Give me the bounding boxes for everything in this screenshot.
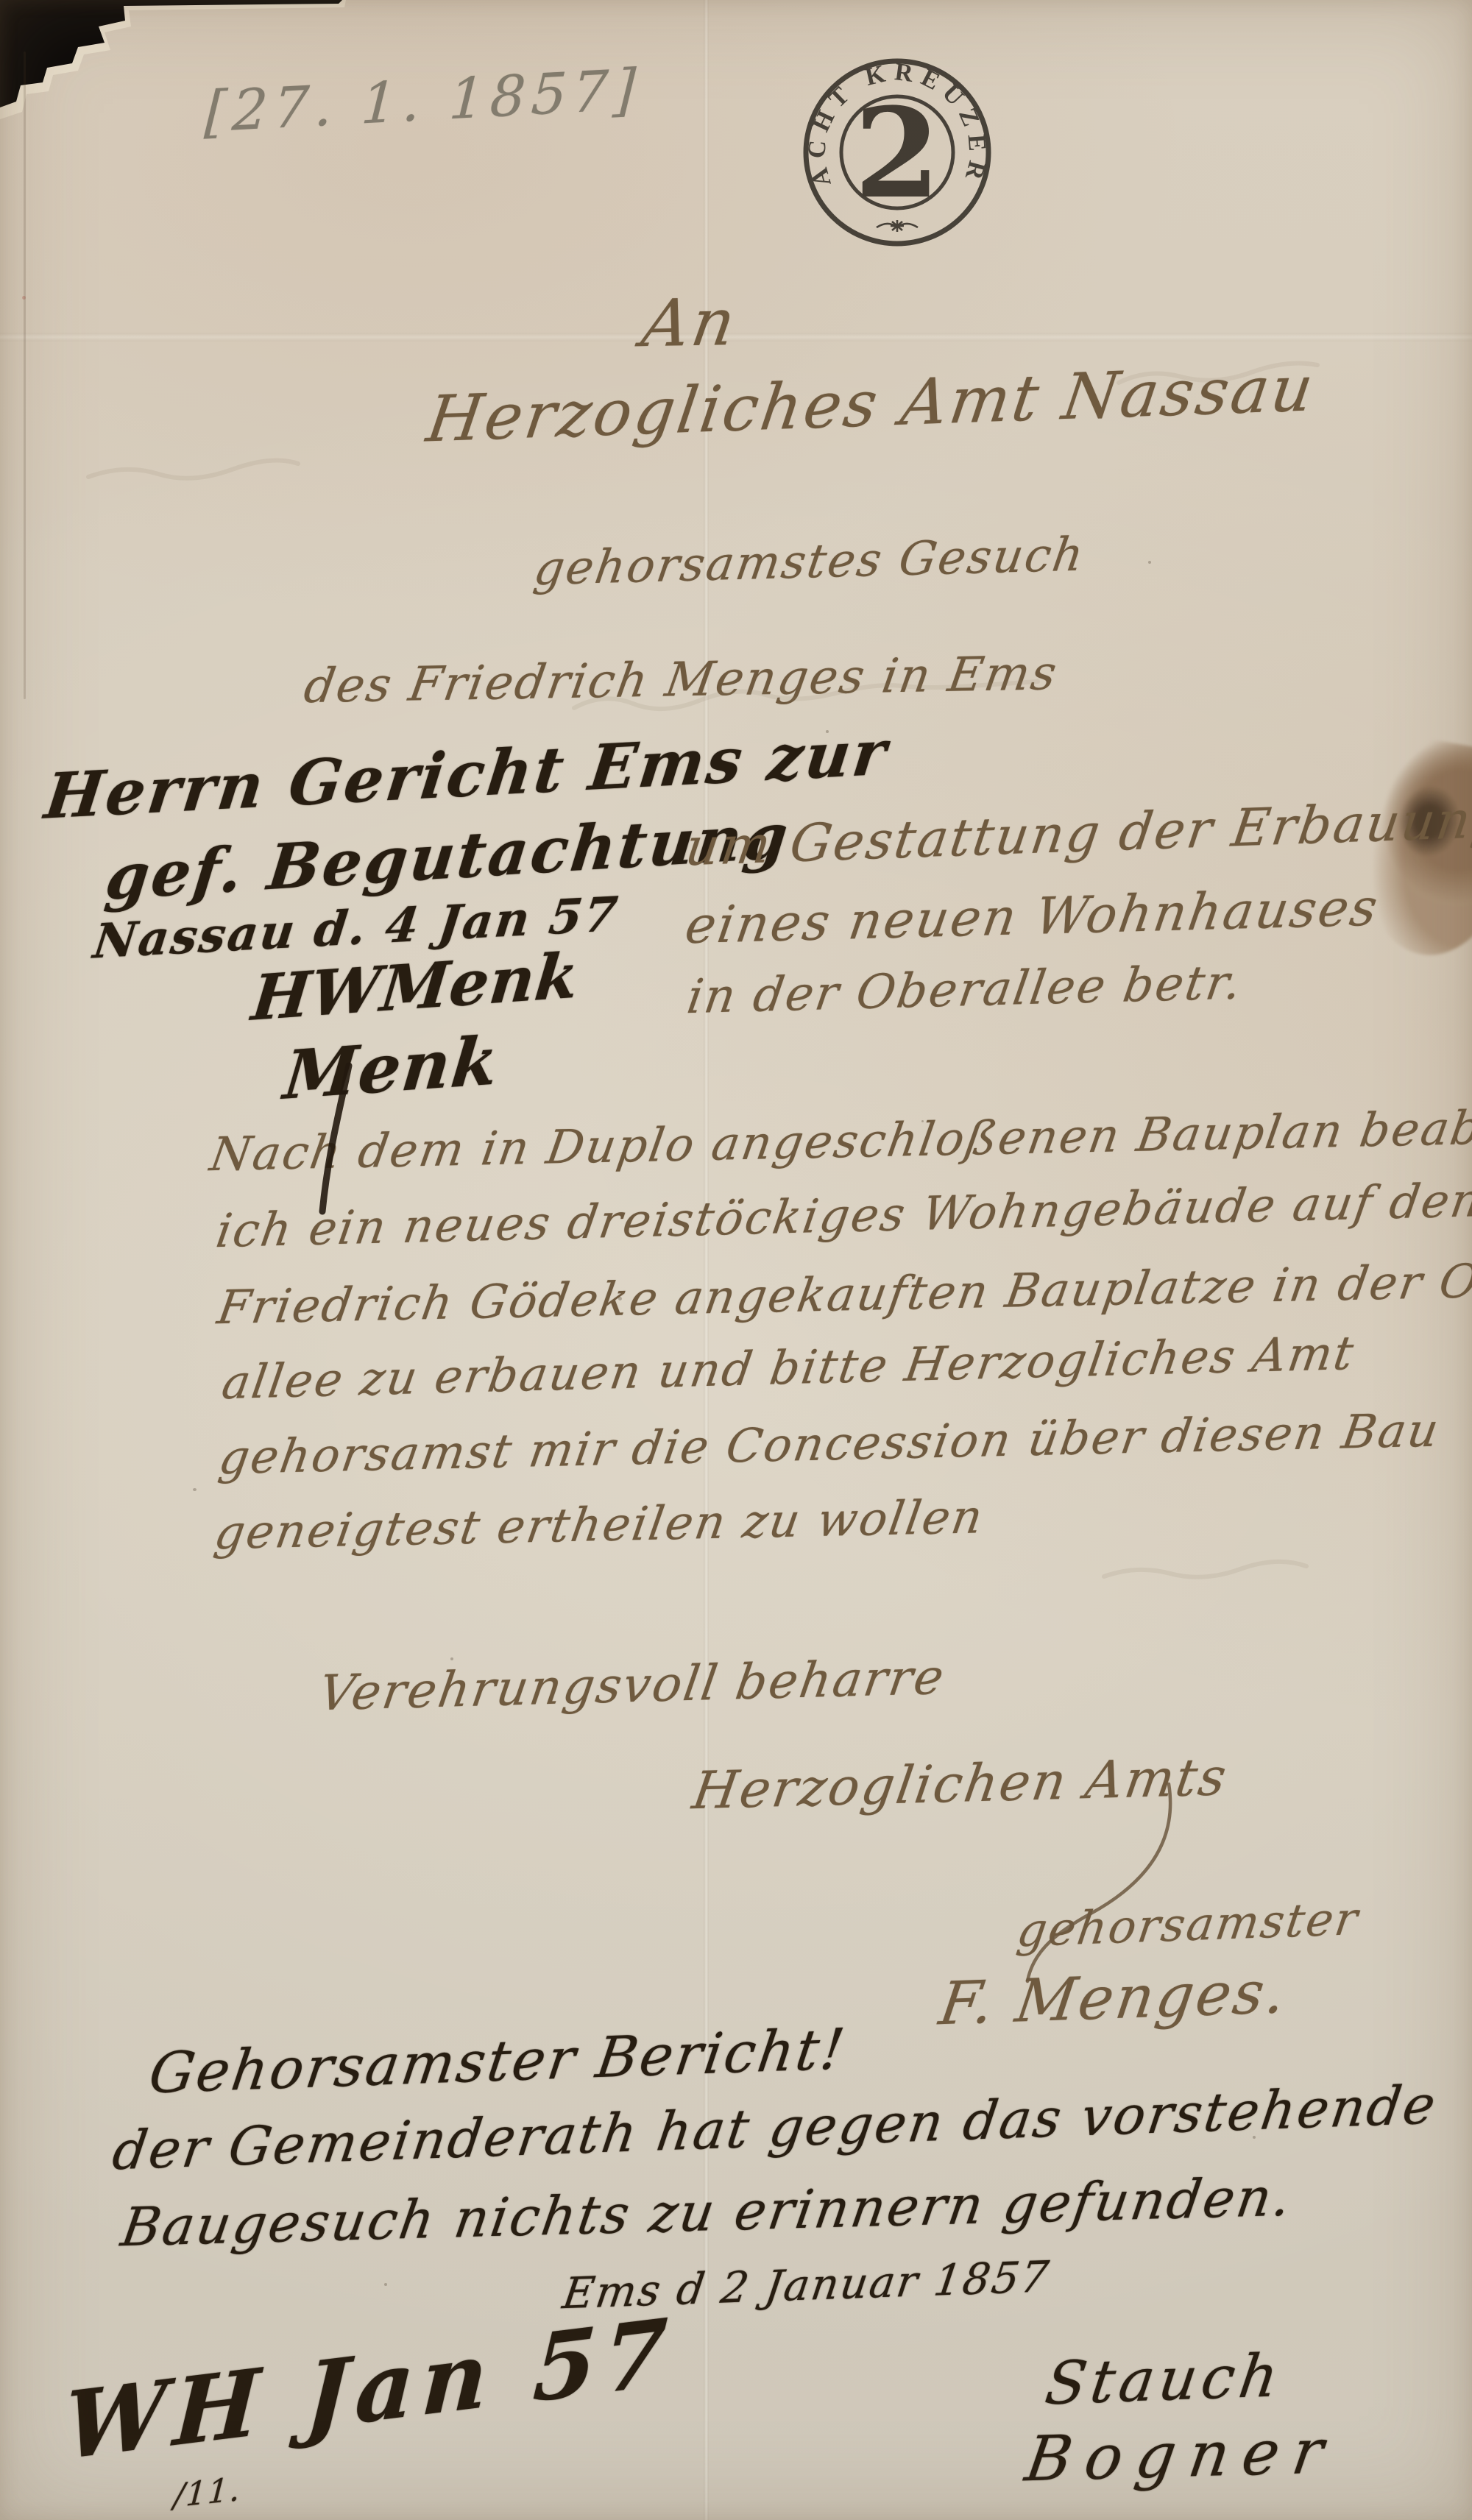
paper-speck [450, 1657, 453, 1660]
report-signature1: Stauch [1041, 2341, 1287, 2418]
closing-line3: gehorsamster [1014, 1891, 1363, 1958]
registry-mark: WH Jan 57 [62, 2298, 676, 2481]
paper-speck [1148, 561, 1151, 564]
body-line3: Friedrich Gödeke angekauften Bauplatze i… [214, 1252, 1472, 1334]
report-heading: Gehorsamster Bericht! [145, 2016, 850, 2106]
paper-speck [384, 2283, 387, 2286]
paper-speck [22, 296, 26, 300]
paper-edge-shadow [24, 52, 26, 699]
petition-title-line2: des Friedrich Menges in Ems [300, 646, 1061, 714]
subject-line1: um Gestattung der Erbauung [682, 788, 1472, 877]
petition-title-line1: gehorsamstes Gesuch [531, 527, 1089, 595]
scanned-document-page: [27. 1. 1857] ACHT KREUZER 2 An Herzogli… [0, 0, 1472, 2520]
body-line6: geneigtest ertheilen zu wollen [211, 1490, 988, 1560]
closing-line2: Herzoglichen Amts [689, 1746, 1232, 1821]
body-line5: gehorsamst mir die Concession über diese… [216, 1403, 1444, 1484]
body-line4: allee zu erbauen und bitte Herzogliches … [219, 1326, 1359, 1410]
margin-note-paraph2: Menk [280, 1022, 503, 1115]
revenue-stamp: ACHT KREUZER 2 [793, 46, 1001, 261]
address-office: Herzogliches Amt Nassau [422, 352, 1320, 457]
body-line1: Nach dem in Duplo angeschloßenen Bauplan… [207, 1097, 1472, 1181]
address-to: An [637, 284, 743, 362]
stamp-value: 2 [854, 80, 941, 226]
petitioner-signature: F. Menges. [935, 1958, 1292, 2039]
registry-mark-sub: /11. [172, 2470, 242, 2515]
subject-line2: eines neuen Wohnhauses [682, 878, 1383, 955]
horizontal-fold-line [0, 333, 1472, 341]
body-line2: ich ein neues dreistöckiges Wohngebäude … [213, 1170, 1472, 1258]
paper-speck [193, 1488, 197, 1491]
closing-line1: Verehrungsvoll beharre [315, 1649, 949, 1722]
report-signature2: Bogner [1021, 2415, 1341, 2495]
subject-line3: in der Oberallee betr. [684, 955, 1247, 1024]
report-line2: Baugesuch nichts zu erinnern gefunden. [117, 2165, 1297, 2258]
pencil-archive-date: [27. 1. 1857] [203, 56, 643, 144]
